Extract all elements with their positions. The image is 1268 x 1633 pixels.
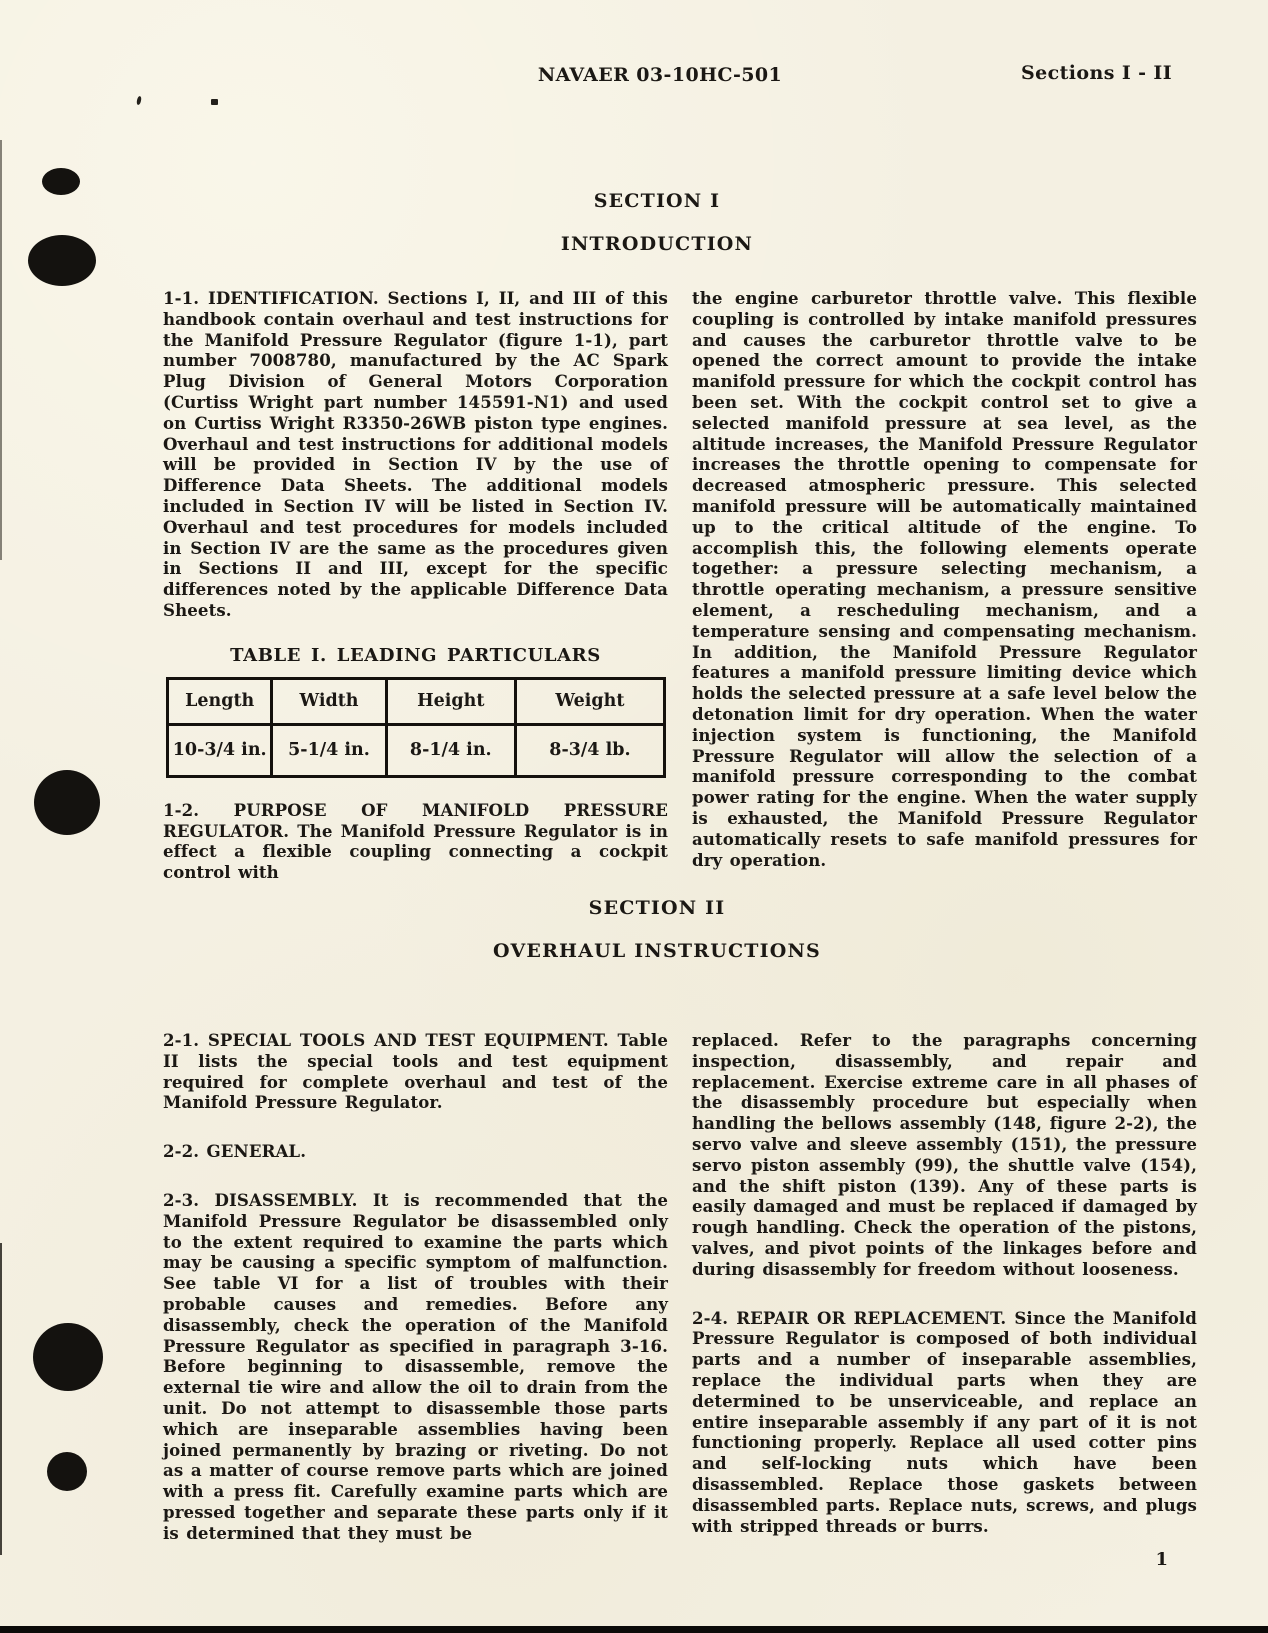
para-1-2-continuation: the engine carburetor throttle valve. Th… (692, 288, 1197, 870)
table-value-width: 5-1/4 in. (272, 724, 386, 776)
section-2-left-column: 2-1. SPECIAL TOOLS AND TEST EQUIPMENT. T… (163, 1030, 668, 1544)
para-1-1: 1-1. IDENTIFICATION. Sections I, II, and… (163, 288, 668, 621)
table-row: 10-3/4 in. 5-1/4 in. 8-1/4 in. 8-3/4 lb. (168, 724, 665, 776)
section-2-body: 2-1. SPECIAL TOOLS AND TEST EQUIPMENT. T… (163, 1030, 1198, 1544)
section-2-right-column: replaced. Refer to the paragraphs concer… (692, 1030, 1197, 1544)
scan-edge-artifact (0, 1243, 2, 1555)
hole-punch-mark (34, 770, 100, 835)
section-2-heading: SECTION II OVERHAUL INSTRUCTIONS (0, 897, 1268, 962)
section-1-title: SECTION I (46, 190, 1268, 212)
scan-bottom-bar (0, 1626, 1268, 1633)
para-2-1: 2-1. SPECIAL TOOLS AND TEST EQUIPMENT. T… (163, 1030, 668, 1113)
hole-punch-mark (47, 1452, 87, 1491)
table-header-length: Length (168, 678, 272, 724)
table-1-caption: TABLE I. LEADING PARTICULARS (163, 645, 668, 666)
para-1-2: 1-2. PURPOSE OF MANIFOLD PRESSURE REGULA… (163, 800, 668, 883)
table-value-weight: 8-3/4 lb. (515, 724, 664, 776)
para-2-4: 2-4. REPAIR OR REPLACEMENT. Since the Ma… (692, 1308, 1197, 1537)
section-1-right-column: the engine carburetor throttle valve. Th… (692, 288, 1197, 883)
hole-punch-mark (33, 1323, 103, 1391)
table-value-height: 8-1/4 in. (386, 724, 515, 776)
section-1-body: 1-1. IDENTIFICATION. Sections I, II, and… (163, 288, 1198, 883)
section-1-subtitle: INTRODUCTION (46, 233, 1268, 255)
ink-speck (136, 96, 142, 106)
page-number: 1 (1155, 1549, 1168, 1570)
para-2-3-continuation: replaced. Refer to the paragraphs concer… (692, 1030, 1197, 1280)
table-value-length: 10-3/4 in. (168, 724, 272, 776)
table-header-height: Height (386, 678, 515, 724)
para-2-2: 2-2. GENERAL. (163, 1141, 668, 1162)
table-header-weight: Weight (515, 678, 664, 724)
leading-particulars-table: Length Width Height Weight 10-3/4 in. 5-… (166, 677, 666, 778)
table-header-row: Length Width Height Weight (168, 678, 665, 724)
table-header-width: Width (272, 678, 386, 724)
para-2-3: 2-3. DISASSEMBLY. It is recommended that… (163, 1190, 668, 1544)
section-1-heading: SECTION I INTRODUCTION (0, 190, 1268, 255)
section-2-title: SECTION II (46, 897, 1268, 919)
section-2-subtitle: OVERHAUL INSTRUCTIONS (46, 940, 1268, 962)
manual-page: NAVAER 03-10HC-501 Sections I - II SECTI… (0, 0, 1268, 1633)
section-1-left-column: 1-1. IDENTIFICATION. Sections I, II, and… (163, 288, 668, 883)
header-section-ref: Sections I - II (1021, 62, 1172, 84)
ink-speck (211, 99, 218, 105)
